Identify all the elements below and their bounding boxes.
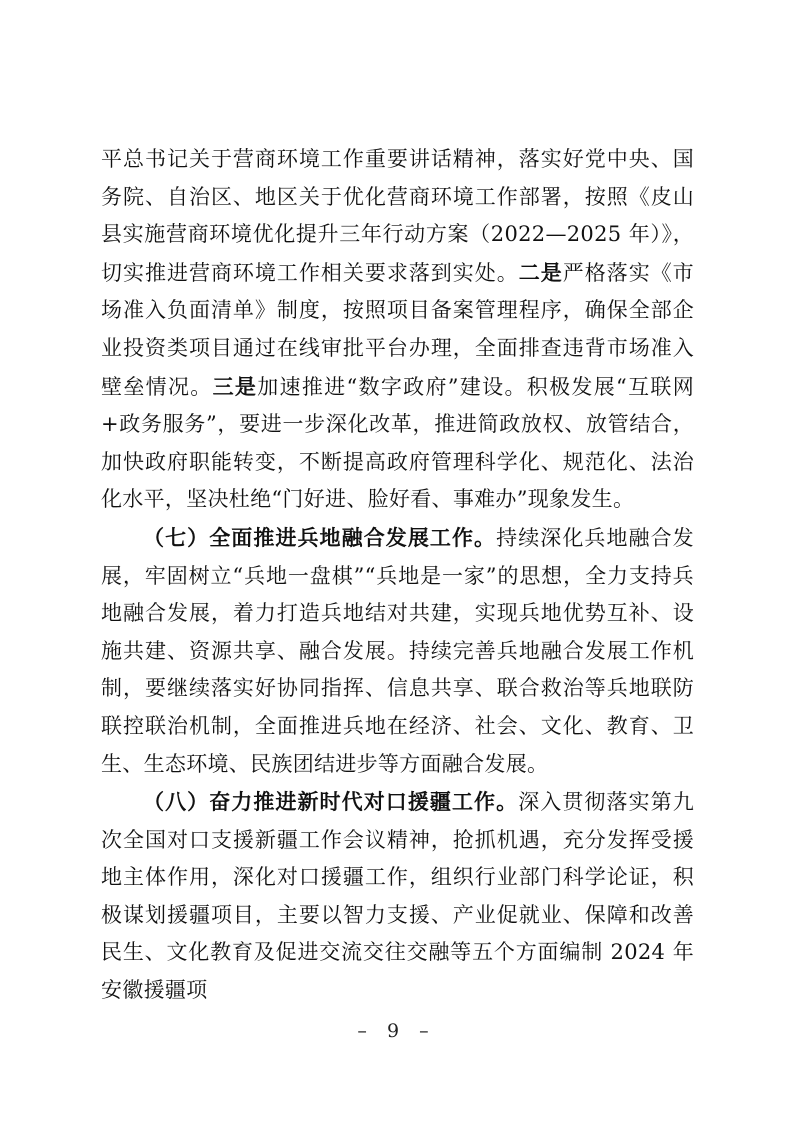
page-number: – 9 – xyxy=(0,1020,793,1042)
text-run-bold: （八）奋力推进新时代对口援疆工作。 xyxy=(143,789,518,814)
text-run: 持续深化兵地融合发展，牢固树立“兵地一盘棋”“兵地是一家”的思想，全力支持兵地融… xyxy=(101,526,694,776)
text-run-bold: （七）全面推进兵地融合发展工作。 xyxy=(143,525,496,550)
paragraph: （八）奋力推进新时代对口援疆工作。深入贯彻落实第九次全国对口支援新疆工作会议精神… xyxy=(101,783,694,1010)
paragraph: （七）全面推进兵地融合发展工作。持续深化兵地融合发展，牢固树立“兵地一盘棋”“兵… xyxy=(101,519,694,783)
text-run-bold: 三是 xyxy=(213,374,258,399)
paragraph: 平总书记关于营商环境工作重要讲话精神，落实好党中央、国务院、自治区、地区关于优化… xyxy=(101,141,694,519)
text-run-bold: 二是 xyxy=(519,260,563,285)
document-body: 平总书记关于营商环境工作重要讲话精神，落实好党中央、国务院、自治区、地区关于优化… xyxy=(101,141,694,1010)
text-run: 深入贯彻落实第九次全国对口支援新疆工作会议精神，抢抓机遇，充分发挥受援地主体作用… xyxy=(101,790,694,1002)
document-page: 平总书记关于营商环境工作重要讲话精神，落实好党中央、国务院、自治区、地区关于优化… xyxy=(0,0,793,1122)
